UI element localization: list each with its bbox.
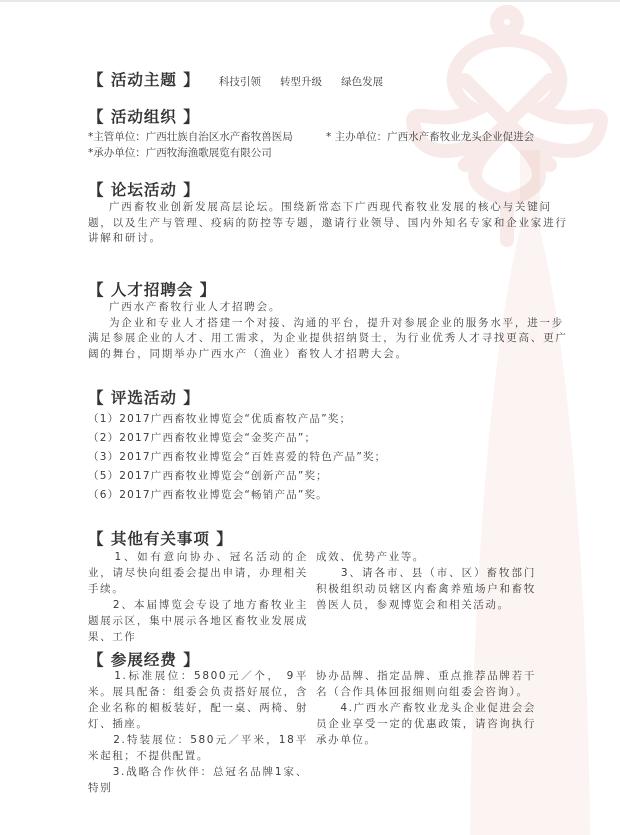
forum-line: 题，以及生产与管理、疫病的防控等专题，邀请行业领导、国内外知名专家和企业家进行 bbox=[88, 216, 558, 232]
award-item: （6）2017广西畜牧业博览会“畅销产品”奖。 bbox=[88, 486, 418, 505]
other-left-column: 1、如有意向协办、冠名活动的企业，请尽快向组委会提出申请，办理相关手续。 2、本… bbox=[88, 549, 308, 645]
forum-line: 广西畜牧业创新发展高层论坛。围绕新常态下广西现代畜牧业发展的核心与关键问 bbox=[88, 200, 558, 216]
talent-intro: 广西水产畜牧行业人才招聘会。 bbox=[88, 300, 558, 316]
theme-tag: 转型升级 bbox=[280, 76, 322, 88]
fee-item: 2.特装展位：580元／平米，18平米起租；不提供配置。 bbox=[88, 732, 308, 764]
organizer-text: *承办单位：广西牧海渔歌展览有限公司 bbox=[88, 146, 558, 162]
theme-tag: 绿色发展 bbox=[341, 76, 383, 88]
fees-section: 【 参展经费 】 bbox=[88, 648, 200, 670]
other-item: 1、如有意向协办、冠名活动的企业，请尽快向组委会提出申请，办理相关手续。 bbox=[88, 549, 308, 597]
award-item: （1）2017广西畜牧业博览会“优质畜牧产品”奖； bbox=[88, 410, 418, 429]
talent-heading: 【 人才招聘会 】 bbox=[88, 278, 558, 300]
talent-line: 阔的舞台，同期举办广西水产（渔业）畜牧人才招聘大会。 bbox=[88, 347, 558, 363]
awards-heading: 【 评选活动 】 bbox=[88, 386, 418, 408]
forum-line: 讲解和研讨。 bbox=[88, 231, 558, 247]
other-section: 【 其他有关事项 】 bbox=[88, 527, 233, 549]
fee-item: 3.战略合作伙伴：总冠名品牌1家、特别 bbox=[88, 764, 308, 796]
fee-item: 协办品牌、指定品牌、重点推荐品牌若干名（合作具体回报细则向组委会咨询）。 bbox=[316, 668, 536, 700]
sponsor-text: *主管单位：广西壮族自治区水产畜牧兽医局 bbox=[88, 131, 293, 143]
organization-heading: 【 活动组织 】 bbox=[88, 105, 558, 127]
theme-heading: 【 活动主题 】 bbox=[88, 71, 200, 89]
talent-line: 满足参展企业的人才、用工需求，为企业提供招纳贤士，为行业优秀人才寻找更高、更广 bbox=[88, 331, 558, 347]
award-item: （3）2017广西畜牧业博览会“百姓喜爱的特色产品”奖； bbox=[88, 448, 418, 467]
talent-line: 为企业和专业人才搭建一个对接、沟通的平台，提升对参展企业的服务水平，进一步 bbox=[88, 316, 558, 332]
other-right-column: 成效、优势产业等。 3、请各市、县（市、区）畜牧部门积极组织动员辖区内畜禽养殖场… bbox=[316, 549, 536, 613]
theme-section: 【 活动主题 】 科技引领 转型升级 绿色发展 bbox=[88, 68, 383, 91]
award-item: （5）2017广西畜牧业博览会“创新产品”奖； bbox=[88, 467, 418, 486]
organization-section: 【 活动组织 】 *主管单位：广西壮族自治区水产畜牧兽医局 * 主办单位：广西水… bbox=[88, 105, 558, 161]
theme-tag: 科技引领 bbox=[219, 76, 261, 88]
other-item: 成效、优势产业等。 bbox=[316, 549, 536, 565]
fee-item: 1.标准展位：5800元／个， 9平米。展具配备：组委会负责搭好展位，含企业名称… bbox=[88, 668, 308, 732]
fee-item: 4.广西水产畜牧业龙头企业促进会会员企业享受一定的优惠政策，请咨询执行承办单位。 bbox=[316, 700, 536, 748]
awards-section: 【 评选活动 】 （1）2017广西畜牧业博览会“优质畜牧产品”奖； （2）20… bbox=[88, 386, 418, 505]
talent-section: 【 人才招聘会 】 广西水产畜牧行业人才招聘会。 为企业和专业人才搭建一个对接、… bbox=[88, 278, 558, 362]
fees-right-column: 协办品牌、指定品牌、重点推荐品牌若干名（合作具体回报细则向组委会咨询）。 4.广… bbox=[316, 668, 536, 748]
other-item: 3、请各市、县（市、区）畜牧部门积极组织动员辖区内畜禽养殖场户和畜牧兽医人员，参… bbox=[316, 565, 536, 613]
forum-heading: 【 论坛活动 】 bbox=[88, 178, 558, 200]
other-item: 2、本届博览会专设了地方畜牧业主题展示区，集中展示各地区畜牧业发展成果、工作 bbox=[88, 597, 308, 645]
fees-left-column: 1.标准展位：5800元／个， 9平米。展具配备：组委会负责搭好展位，含企业名称… bbox=[88, 668, 308, 796]
host-text: * 主办单位：广西水产畜牧业龙头企业促进会 bbox=[326, 130, 534, 146]
other-heading: 【 其他有关事项 】 bbox=[88, 527, 233, 549]
fees-heading: 【 参展经费 】 bbox=[88, 648, 200, 670]
forum-section: 【 论坛活动 】 广西畜牧业创新发展高层论坛。围绕新常态下广西现代畜牧业发展的核… bbox=[88, 178, 558, 247]
award-item: （2）2017广西畜牧业博览会“金奖产品”； bbox=[88, 429, 418, 448]
